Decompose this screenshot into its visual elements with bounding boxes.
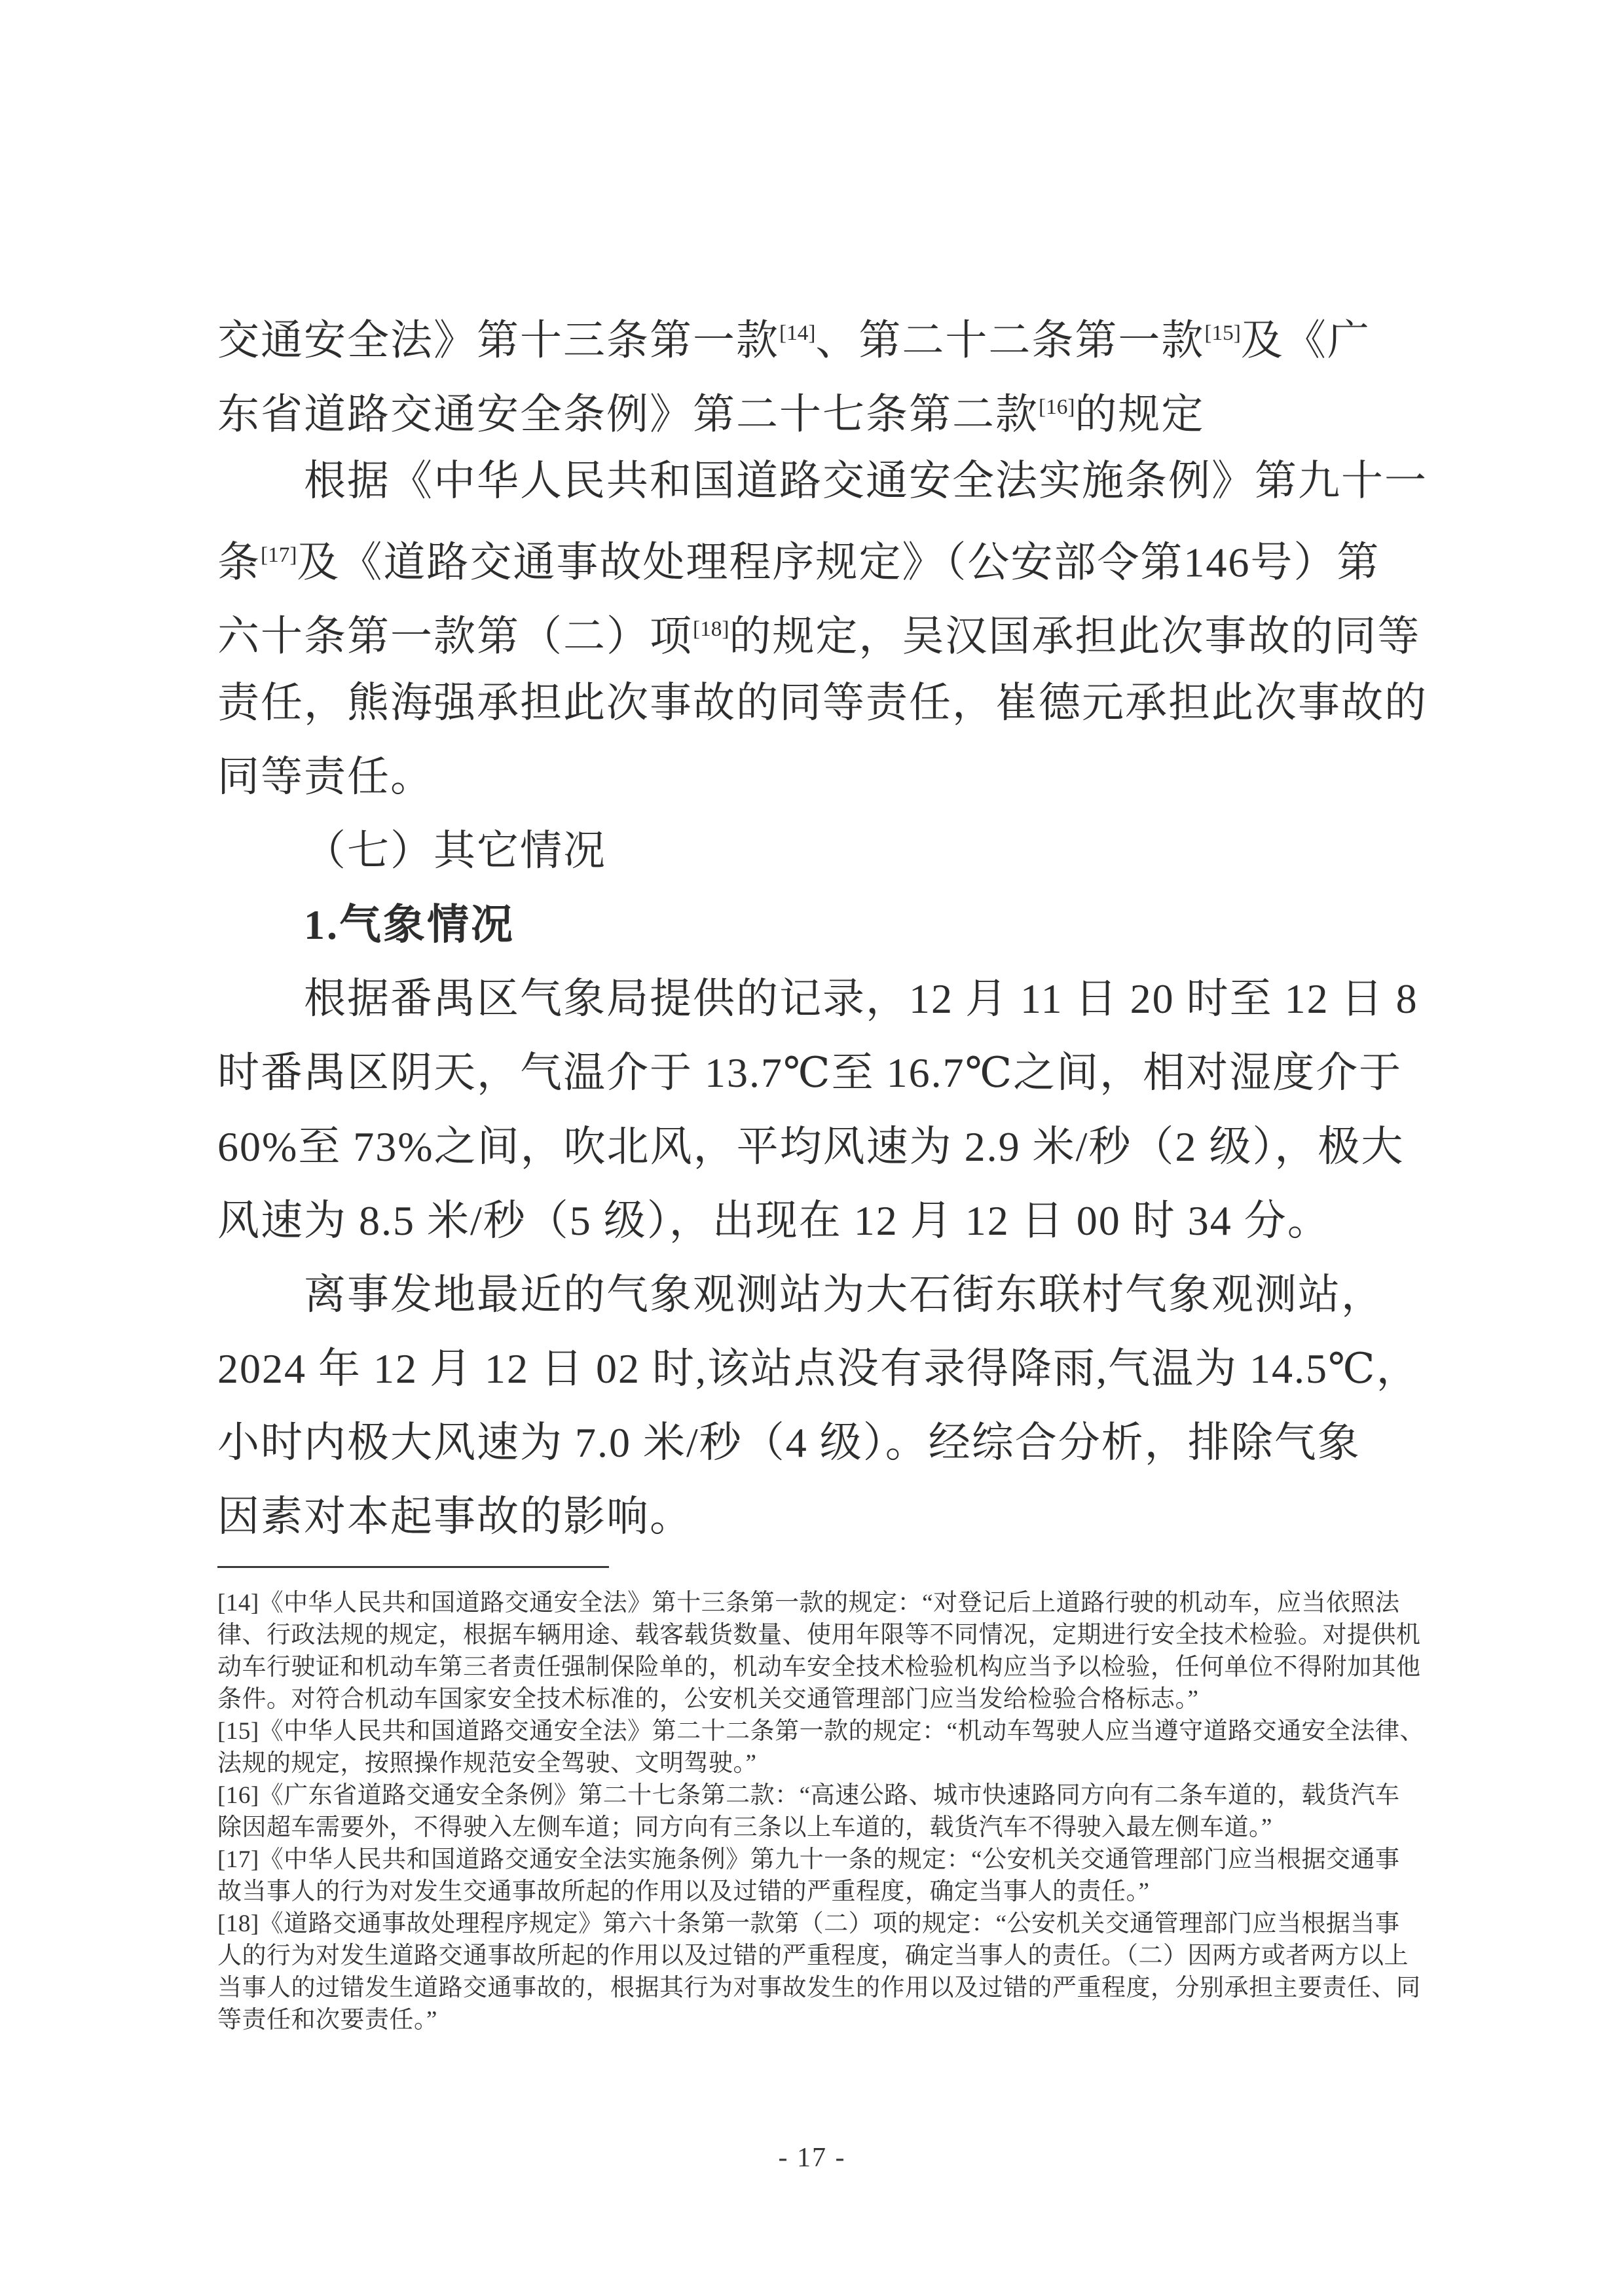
footnote-line: [18]《道路交通事故处理程序规定》第六十条第一款第（二）项的规定：“公安机关交… xyxy=(217,1908,1435,1940)
body-line: 2024 年 12 月 12 日 02 时,该站点没有录得降雨,气温为 14.5… xyxy=(217,1332,1429,1406)
text-segment: 责任，熊海强承担此次事故的同等责任，崔德元承担此次事故的 xyxy=(217,680,1428,726)
text-segment: 风速为 8.5 米/秒（5 级），出现在 12 月 12 日 00 时 34 分… xyxy=(217,1197,1331,1244)
text-segment: 60%至 73%之间，吹北风，平均风速为 2.9 米/秒（2 级），极大 xyxy=(217,1123,1404,1170)
body-line: 小时内极大风速为 7.0 米/秒（4 级）。经综合分析，排除气象 xyxy=(217,1406,1429,1480)
text-segment: 条 xyxy=(217,539,261,585)
body-line: 离事发地最近的气象观测站为大石街东联村气象观测站， xyxy=(217,1258,1429,1332)
text-segment: 交通安全法》第十三条第一款 xyxy=(217,317,779,363)
footnote-line: [17]《中华人民共和国道路交通安全法实施条例》第九十一条的规定：“公安机关交通… xyxy=(217,1844,1435,1876)
text-segment: 2024 年 12 月 12 日 02 时,该站点没有录得降雨,气温为 14.5… xyxy=(217,1345,1420,1392)
footnote-line: [14]《中华人民共和国道路交通安全法》第十三条第一款的规定：“对登记后上道路行… xyxy=(217,1587,1435,1619)
text-segment: 时番禺区阴天，气温介于 13.7℃至 16.7℃之间，相对湿度介于 xyxy=(217,1049,1402,1096)
footnote-ref: [17] xyxy=(261,543,297,567)
body-line: 风速为 8.5 米/秒（5 级），出现在 12 月 12 日 00 时 34 分… xyxy=(217,1184,1429,1258)
text-segment: 的规定 xyxy=(1075,391,1204,437)
text-segment: 1.气象情况 xyxy=(304,902,515,948)
body-line: 责任，熊海强承担此次事故的同等责任，崔德元承担此次事故的 xyxy=(217,666,1429,740)
body-line: 交通安全法》第十三条第一款[14]、第二十二条第一款[15]及《广 xyxy=(217,296,1429,370)
text-segment: 六十条第一款第（二）项 xyxy=(217,613,693,659)
footnote-line: 当事人的过错发生道路交通事故的，根据其行为对事故发生的作用以及过错的严重程度，分… xyxy=(217,1972,1435,2004)
body-line: 东省道路交通安全条例》第二十七条第二款[16]的规定 xyxy=(217,370,1429,444)
text-segment: 及《道路交通事故处理程序规定》（公安部令第146号）第 xyxy=(297,539,1380,585)
footnote-line: 等责任和次要责任。” xyxy=(217,2004,1435,2036)
body-line: 时番禺区阴天，气温介于 13.7℃至 16.7℃之间，相对湿度介于 xyxy=(217,1036,1429,1110)
section-heading: （七）其它情况 xyxy=(217,814,1429,888)
text-segment: 根据《中华人民共和国道路交通安全法实施条例》第九十一 xyxy=(304,458,1428,504)
body-line: 六十条第一款第（二）项[18]的规定，吴汉国承担此次事故的同等 xyxy=(217,592,1429,666)
footnote-line: 人的行为对发生道路交通事故所起的作用以及过错的严重程度，确定当事人的责任。（二）… xyxy=(217,1940,1435,1972)
footnote-line: [15]《中华人民共和国道路交通安全法》第二十二条第一款的规定：“机动车驾驶人应… xyxy=(217,1715,1435,1747)
body-line: 同等责任。 xyxy=(217,740,1429,814)
footnote-ref: [15] xyxy=(1204,321,1240,345)
footnote-line: [16]《广东省道路交通安全条例》第二十七条第二款：“高速公路、城市快速路同方向… xyxy=(217,1779,1435,1812)
text-segment: 根据番禺区气象局提供的记录，12 月 11 日 20 时至 12 日 8 xyxy=(304,975,1418,1022)
text-segment: 离事发地最近的气象观测站为大石街东联村气象观测站， xyxy=(304,1271,1384,1318)
footnote-line: 法规的规定，按照操作规范安全驾驶、文明驾驶。” xyxy=(217,1747,1435,1779)
footnotes-block: [14]《中华人民共和国道路交通安全法》第十三条第一款的规定：“对登记后上道路行… xyxy=(217,1587,1435,2036)
text-segment: （七）其它情况 xyxy=(304,828,606,874)
footnote-line: 条件。对符合机动车国家安全技术标准的，公安机关交通管理部门应当发给检验合格标志。… xyxy=(217,1683,1435,1715)
footnote-line: 除因超车需要外，不得驶入左侧车道；同方向有三条以上车道的，载货汽车不得驶入最左侧… xyxy=(217,1812,1435,1844)
text-segment: 因素对本起事故的影响。 xyxy=(217,1493,693,1540)
footnote-separator xyxy=(217,1566,609,1568)
body-line: 根据番禺区气象局提供的记录，12 月 11 日 20 时至 12 日 8 xyxy=(217,962,1429,1036)
body-line: 根据《中华人民共和国道路交通安全法实施条例》第九十一 xyxy=(217,444,1429,518)
document-page: 交通安全法》第十三条第一款[14]、第二十二条第一款[15]及《广 东省道路交通… xyxy=(0,0,1624,2296)
text-segment: 小时内极大风速为 7.0 米/秒（4 级）。经综合分析，排除气象 xyxy=(217,1419,1361,1466)
text-segment: 东省道路交通安全条例》第二十七条第二款 xyxy=(217,391,1039,437)
text-segment: 的规定，吴汉国承担此次事故的同等 xyxy=(729,613,1420,659)
footnote-line: 故当事人的行为对发生交通事故所起的作用以及过错的严重程度，确定当事人的责任。” xyxy=(217,1876,1435,1908)
report-body: 交通安全法》第十三条第一款[14]、第二十二条第一款[15]及《广 东省道路交通… xyxy=(217,296,1429,1554)
footnote-line: 律、行政法规的规定，根据车辆用途、载客载货数量、使用年限等不同情况，定期进行安全… xyxy=(217,1619,1435,1651)
footnote-ref: [16] xyxy=(1039,395,1075,419)
footnote-line: 动车行驶证和机动车第三者责任强制保险单的，机动车安全技术检验机构应当予以检验，任… xyxy=(217,1651,1435,1683)
body-line: 60%至 73%之间，吹北风，平均风速为 2.9 米/秒（2 级），极大 xyxy=(217,1110,1429,1184)
footnote-ref: [14] xyxy=(779,321,815,345)
subsection-heading: 1.气象情况 xyxy=(217,888,1429,962)
page-number: - 17 - xyxy=(0,2142,1624,2174)
body-line: 因素对本起事故的影响。 xyxy=(217,1480,1429,1554)
body-line: 条[17]及《道路交通事故处理程序规定》（公安部令第146号）第 xyxy=(217,518,1429,592)
text-segment: 及《广 xyxy=(1241,317,1371,363)
text-segment: 同等责任。 xyxy=(217,754,434,800)
text-segment: 、第二十二条第一款 xyxy=(815,317,1204,363)
footnote-ref: [18] xyxy=(693,617,729,641)
